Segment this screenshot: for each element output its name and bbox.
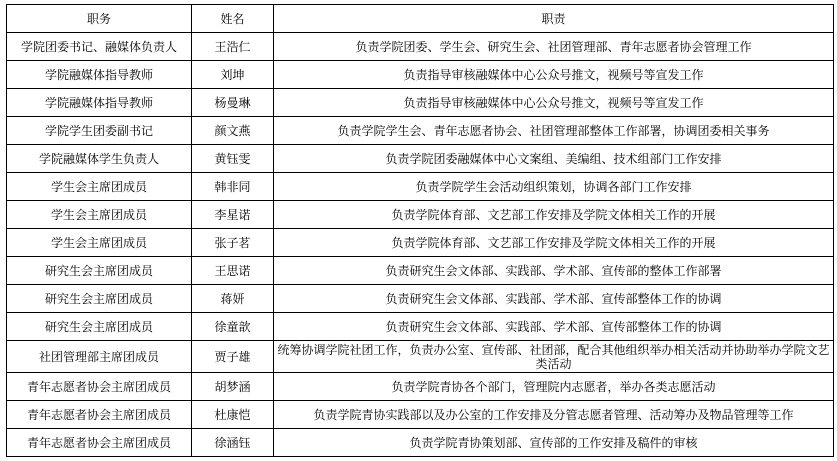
cell-name: 韩非同 [192,173,274,201]
cell-duty: 负责学院团委融媒体中心文案组、美编组、技术组部门工作安排 [274,145,834,173]
header-position: 职务 [7,5,192,33]
cell-duty: 负责学院体育部、文艺部工作安排及学院文体相关工作的开展 [274,201,834,229]
cell-position: 学生会主席团成员 [7,201,192,229]
header-name: 姓名 [192,5,274,33]
roster-table: 职务 姓名 职责 学院团委书记、融媒体负责人 王浩仁 负责学院团委、学生会、研究… [6,4,834,457]
cell-duty: 负责学院体育部、文艺部工作安排及学院文体相关工作的开展 [274,229,834,257]
header-duty: 职责 [274,5,834,33]
cell-position: 学生会主席团成员 [7,173,192,201]
cell-name: 胡梦涵 [192,373,274,401]
cell-position: 学院融媒体学生负责人 [7,145,192,173]
cell-name: 杜康恺 [192,401,274,429]
table-row: 学生会主席团成员 张子茗 负责学院体育部、文艺部工作安排及学院文体相关工作的开展 [7,229,834,257]
cell-duty: 负责研究生会文体部、实践部、学术部、宣传部整体工作的协调 [274,313,834,341]
cell-name: 颜文燕 [192,117,274,145]
cell-duty: 负责学院学生会活动组织策划，协调各部门工作安排 [274,173,834,201]
cell-duty: 负责学院团委、学生会、研究生会、社团管理部、青年志愿者协会管理工作 [274,33,834,61]
table-row: 青年志愿者协会主席团成员 胡梦涵 负责学院青协各个部门，管理院内志愿者，举办各类… [7,373,834,401]
cell-name: 黄钰雯 [192,145,274,173]
cell-position: 研究生会主席团成员 [7,313,192,341]
cell-position: 学生会主席团成员 [7,229,192,257]
cell-name: 张子茗 [192,229,274,257]
cell-position: 学院融媒体指导教师 [7,61,192,89]
cell-position: 社团管理部主席团成员 [7,341,192,373]
cell-position: 青年志愿者协会主席团成员 [7,401,192,429]
cell-duty: 统筹协调学院社团工作，负责办公室、宣传部、社团部，配合其他组织举办相关活动并协助… [274,341,834,373]
cell-duty: 负责指导审核融媒体中心公众号推文，视频号等宣发工作 [274,89,834,117]
table-row: 青年志愿者协会主席团成员 杜康恺 负责学院青协实践部以及办公室的工作安排及分管志… [7,401,834,429]
cell-duty: 负责学院青协各个部门，管理院内志愿者，举办各类志愿活动 [274,373,834,401]
table-row: 学生会主席团成员 韩非同 负责学院学生会活动组织策划，协调各部门工作安排 [7,173,834,201]
cell-name: 王思诺 [192,257,274,285]
cell-name: 杨曼琳 [192,89,274,117]
table-row: 学院融媒体指导教师 刘坤 负责指导审核融媒体中心公众号推文，视频号等宣发工作 [7,61,834,89]
header-row: 职务 姓名 职责 [7,5,834,33]
table-row: 学院团委书记、融媒体负责人 王浩仁 负责学院团委、学生会、研究生会、社团管理部、… [7,33,834,61]
cell-duty: 负责研究生会文体部、实践部、学术部、宣传部的整体工作部署 [274,257,834,285]
table-row: 研究生会主席团成员 徐童歆 负责研究生会文体部、实践部、学术部、宣传部整体工作的… [7,313,834,341]
cell-duty: 负责学院学生会、青年志愿者协会、社团管理部整体工作部署，协调团委相关事务 [274,117,834,145]
cell-position: 学院学生团委副书记 [7,117,192,145]
cell-name: 刘坤 [192,61,274,89]
table-row: 学生会主席团成员 李星诺 负责学院体育部、文艺部工作安排及学院文体相关工作的开展 [7,201,834,229]
cell-duty: 负责学院青协实践部以及办公室的工作安排及分管志愿者管理、活动筹办及物品管理等工作 [274,401,834,429]
cell-name: 徐童歆 [192,313,274,341]
cell-name: 徐涵钰 [192,429,274,457]
table-row: 学院学生团委副书记 颜文燕 负责学院学生会、青年志愿者协会、社团管理部整体工作部… [7,117,834,145]
cell-name: 王浩仁 [192,33,274,61]
table-row: 研究生会主席团成员 王思诺 负责研究生会文体部、实践部、学术部、宣传部的整体工作… [7,257,834,285]
table-row: 学院融媒体指导教师 杨曼琳 负责指导审核融媒体中心公众号推文，视频号等宣发工作 [7,89,834,117]
cell-name: 蒋妍 [192,285,274,313]
cell-position: 青年志愿者协会主席团成员 [7,373,192,401]
cell-duty: 负责研究生会文体部、实践部、学术部、宣传部整体工作的协调 [274,285,834,313]
table-row: 研究生会主席团成员 蒋妍 负责研究生会文体部、实践部、学术部、宣传部整体工作的协… [7,285,834,313]
cell-position: 青年志愿者协会主席团成员 [7,429,192,457]
cell-position: 研究生会主席团成员 [7,257,192,285]
table-row: 青年志愿者协会主席团成员 徐涵钰 负责学院青协策划部、宣传部的工作安排及稿件的审… [7,429,834,457]
table-row: 学院融媒体学生负责人 黄钰雯 负责学院团委融媒体中心文案组、美编组、技术组部门工… [7,145,834,173]
cell-position: 学院融媒体指导教师 [7,89,192,117]
cell-position: 学院团委书记、融媒体负责人 [7,33,192,61]
cell-position: 研究生会主席团成员 [7,285,192,313]
cell-duty: 负责指导审核融媒体中心公众号推文，视频号等宣发工作 [274,61,834,89]
cell-name: 李星诺 [192,201,274,229]
cell-duty: 负责学院青协策划部、宣传部的工作安排及稿件的审核 [274,429,834,457]
cell-name: 贾子雄 [192,341,274,373]
table-row: 社团管理部主席团成员 贾子雄 统筹协调学院社团工作，负责办公室、宣传部、社团部，… [7,341,834,373]
